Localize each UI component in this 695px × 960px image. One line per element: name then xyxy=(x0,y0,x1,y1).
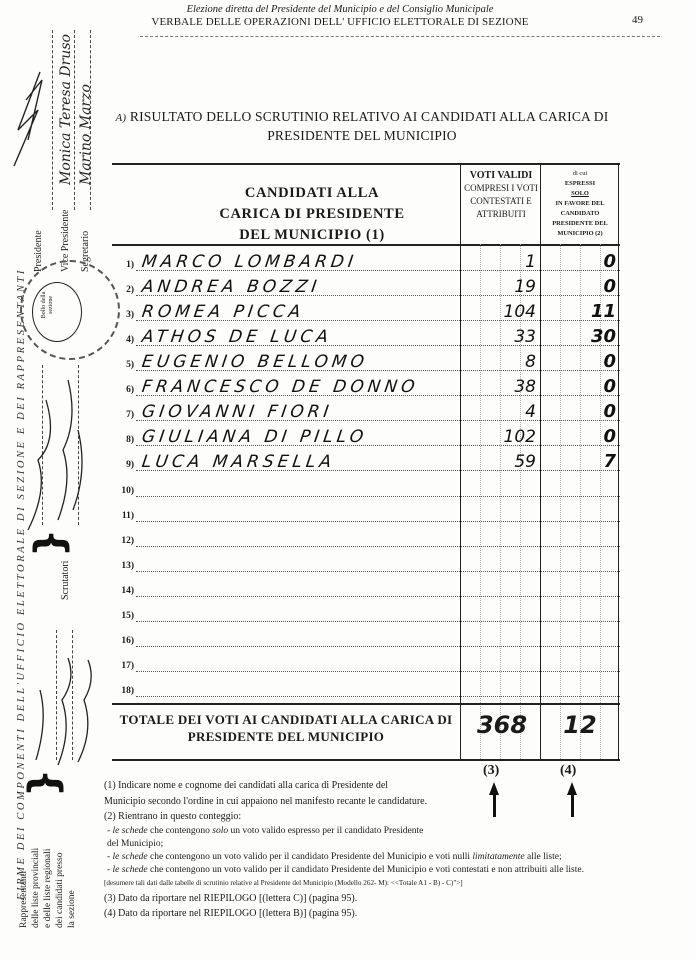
note-1-line1: (1) Indicare nome e cognome dei candidat… xyxy=(104,778,644,794)
row-number: 6) xyxy=(112,385,134,395)
header-voti-validi: VOTI VALIDI COMPRESI I VOTI CONTESTATI E… xyxy=(462,169,540,221)
header-title: VERBALE DELLE OPERAZIONI DELL' UFFICIO E… xyxy=(150,16,530,28)
row-number: 11) xyxy=(112,511,134,521)
table-row: 11) xyxy=(112,498,620,523)
voti-validi-field[interactable]: 4 xyxy=(462,402,536,422)
table-row: 7)GIOVANNI FIORI40 xyxy=(112,398,620,423)
header-espressi: di cui ESPRESSI SOLO IN FAVORE DEL CANDI… xyxy=(542,169,618,239)
espressi-field[interactable]: 0 xyxy=(542,276,616,297)
page-number: 49 xyxy=(632,14,643,26)
note-2-a: - le schede che contengono solo un voto … xyxy=(104,825,644,838)
signature-box-line xyxy=(74,30,75,210)
row-number: 5) xyxy=(112,360,134,370)
espressi-field[interactable]: 0 xyxy=(542,401,616,422)
dotted-line xyxy=(136,496,620,497)
row-number: 4) xyxy=(112,335,134,345)
table-row: 3)ROMEA PICCA10411 xyxy=(112,297,620,322)
voti-validi-field[interactable]: 59 xyxy=(462,452,536,472)
table-row: 13) xyxy=(112,548,620,573)
ref-voti: (3) xyxy=(483,763,499,779)
candidate-name-field[interactable]: GIULIANA DI PILLO xyxy=(141,427,369,447)
dotted-line xyxy=(136,671,620,672)
section-title: A) RISULTATO DELLO SCRUTINIO RELATIVO AI… xyxy=(112,108,612,144)
row-number: 15) xyxy=(112,611,134,621)
note-text: che contengono xyxy=(148,826,213,836)
row-number: 12) xyxy=(112,536,134,546)
row-number: 13) xyxy=(112,561,134,571)
note-2-c: - le schede che contengono un voto valid… xyxy=(104,864,644,877)
candidate-name-field[interactable]: LUCA MARSELLA xyxy=(141,452,337,472)
table-row: 17) xyxy=(112,649,620,674)
header-espressi-line: CANDIDATO xyxy=(542,209,618,219)
row-number: 14) xyxy=(112,586,134,596)
voti-validi-field[interactable]: 33 xyxy=(462,327,536,347)
rappresentanti-line: la sezione xyxy=(66,848,78,928)
espressi-field[interactable]: 11 xyxy=(542,301,616,322)
total-label-line2: PRESIDENTE DEL MUNICIPIO xyxy=(112,728,460,745)
row-number: 18) xyxy=(112,686,134,696)
label-rappresentanti: Rappresentanti delle liste provinciali e… xyxy=(18,848,78,928)
table-row: 1)MARCO LOMBARDI10 xyxy=(112,247,620,272)
note-text: solo xyxy=(212,826,228,836)
table-row: 6)FRANCESCO DE DONNO380 xyxy=(112,373,620,398)
note-2-a-line2: del Municipio; xyxy=(104,838,644,851)
note-1-line2: Municipio secondo l'ordine in cui appaio… xyxy=(104,794,644,810)
voti-validi-field[interactable]: 19 xyxy=(462,277,536,297)
note-text: le schede xyxy=(113,865,148,875)
section-tag: A) xyxy=(116,112,127,124)
signature-segretario: Marino Marzo xyxy=(78,84,94,185)
voti-validi-field[interactable]: 104 xyxy=(462,302,536,322)
results-table: CANDIDATI ALLA CARICA DI PRESIDENTE DEL … xyxy=(112,163,620,761)
dotted-line xyxy=(136,596,620,597)
total-label-line1: TOTALE DEI VOTI AI CANDIDATI ALLA CARICA… xyxy=(112,711,460,728)
header-candidates-line: DEL MUNICIPIO (1) xyxy=(172,225,452,246)
note-2-head: (2) Rientrano in questo conteggio: xyxy=(104,809,644,825)
header-espressi-line: ESPRESSI xyxy=(542,179,618,189)
header-divider xyxy=(140,36,660,37)
header-subtitle: Elezione diretta del Presidente del Muni… xyxy=(150,4,530,16)
signature-scrutatori xyxy=(18,360,88,540)
row-number: 10) xyxy=(112,486,134,496)
note-text: limitatamente xyxy=(472,852,524,862)
table-top-border xyxy=(112,163,620,165)
rappresentanti-line: dei candidati presso xyxy=(54,848,66,928)
note-text: le schede xyxy=(113,826,148,836)
dotted-line xyxy=(136,621,620,622)
header-espressi-line: PRESIDENTE DEL xyxy=(542,219,618,229)
candidate-name-field[interactable]: MARCO LOMBARDI xyxy=(141,252,359,272)
rappresentanti-line: Rappresentanti xyxy=(18,848,30,928)
header-espressi-line: di cui xyxy=(542,169,618,179)
table-row: 18) xyxy=(112,674,620,699)
signature-presidente xyxy=(8,70,48,170)
rappresentanti-line: e delle liste regionali xyxy=(42,848,54,928)
row-number: 16) xyxy=(112,636,134,646)
voti-validi-field[interactable]: 38 xyxy=(462,377,536,397)
header-voti-line: CONTESTATI E xyxy=(462,195,540,208)
total-espressi[interactable]: 12 xyxy=(548,711,612,739)
label-scrutatori: Scrutatori xyxy=(60,561,71,600)
candidate-name-field[interactable]: FRANCESCO DE DONNO xyxy=(141,377,420,397)
table-row: 14) xyxy=(112,573,620,598)
note-text: che contengono un voto valido per il can… xyxy=(148,865,584,875)
espressi-field[interactable]: 0 xyxy=(542,426,616,447)
note-text: un voto valido espresso per il candidato… xyxy=(228,826,423,836)
ref-espressi: (4) xyxy=(560,763,576,779)
candidate-name-field[interactable]: ROMEA PICCA xyxy=(141,302,306,322)
row-number: 17) xyxy=(112,661,134,671)
table-row: 8)GIULIANA DI PILLO1020 xyxy=(112,423,620,448)
candidate-name-field[interactable]: EUGENIO BELLOMO xyxy=(141,352,370,372)
header-espressi-line: SOLO xyxy=(542,189,618,199)
header-candidates-line: CARICA DI PRESIDENTE xyxy=(172,204,452,225)
candidate-name-field[interactable]: GIOVANNI FIORI xyxy=(141,402,334,422)
table-row: 9)LUCA MARSELLA597 xyxy=(112,448,620,473)
table-row: 10) xyxy=(112,473,620,498)
signature-box-line xyxy=(52,30,53,210)
espressi-field[interactable]: 0 xyxy=(542,251,616,272)
row-number: 9) xyxy=(112,460,134,470)
section-title-line2: PRESIDENTE DEL MUNICIPIO xyxy=(112,127,612,144)
dotted-line xyxy=(136,546,620,547)
note-text: le schede xyxy=(113,852,148,862)
table-row: 4)ATHOS DE LUCA3330 xyxy=(112,322,620,347)
section-title-line1: RISULTATO DELLO SCRUTINIO RELATIVO AI CA… xyxy=(130,109,609,124)
total-voti-validi[interactable]: 368 xyxy=(472,711,532,739)
signature-rappresentanti xyxy=(28,650,98,770)
header-espressi-line: IN FAVORE DEL xyxy=(542,199,618,209)
row-number: 1) xyxy=(112,260,134,270)
voti-validi-field[interactable]: 8 xyxy=(462,352,536,372)
table-row: 12) xyxy=(112,523,620,548)
page-header: Elezione diretta del Presidente del Muni… xyxy=(150,4,530,28)
dotted-line xyxy=(136,646,620,647)
footnotes: (1) Indicare nome e cognome dei candidat… xyxy=(104,778,644,922)
note-4: (4) Dato da riportare nel RIEPILOGO [(le… xyxy=(104,906,644,922)
total-top-border xyxy=(112,703,620,705)
table-row: 16) xyxy=(112,624,620,649)
header-voti-line: ATTRIBUITI xyxy=(462,208,540,221)
dotted-line xyxy=(136,521,620,522)
brace-scrutatori: } xyxy=(27,529,73,557)
stamp-bollo: Bollo della sezione xyxy=(32,282,82,342)
row-number: 7) xyxy=(112,410,134,420)
espressi-field[interactable]: 7 xyxy=(542,451,616,472)
note-text: che contengono un voto valido per il can… xyxy=(148,852,473,862)
dotted-line xyxy=(136,696,620,697)
brace-rappresentanti: } xyxy=(21,769,67,797)
candidate-name-field[interactable]: ANDREA BOZZI xyxy=(141,277,322,297)
total-bottom-border xyxy=(112,759,620,761)
note-2-b: - le schede che contengono un voto valid… xyxy=(104,851,644,864)
candidate-name-field[interactable]: ATHOS DE LUCA xyxy=(141,327,334,347)
signature-vice-presidente: Monica Teresa Druso xyxy=(58,34,74,185)
voti-validi-field[interactable]: 102 xyxy=(462,427,536,447)
label-presidente: Presidente xyxy=(33,230,44,272)
espressi-field[interactable]: 0 xyxy=(542,376,616,397)
header-espressi-line: MUNICIPIO (2) xyxy=(542,229,618,239)
row-number: 8) xyxy=(112,435,134,445)
header-voti-line: VOTI VALIDI xyxy=(462,169,540,182)
header-candidates-line: CANDIDATI ALLA xyxy=(172,183,452,204)
dotted-line xyxy=(136,571,620,572)
espressi-field[interactable]: 0 xyxy=(542,351,616,372)
stamp-text: Bollo della sezione xyxy=(41,285,55,325)
table-row: 15) xyxy=(112,598,620,623)
note-2-source: [desumere tali dati dalle tabelle di scr… xyxy=(104,877,644,889)
voti-validi-field[interactable]: 1 xyxy=(462,252,536,272)
total-label: TOTALE DEI VOTI AI CANDIDATI ALLA CARICA… xyxy=(112,711,460,745)
table-row: 2)ANDREA BOZZI190 xyxy=(112,272,620,297)
espressi-field[interactable]: 30 xyxy=(542,326,616,347)
header-candidates: CANDIDATI ALLA CARICA DI PRESIDENTE DEL … xyxy=(172,183,452,246)
rappresentanti-line: delle liste provinciali xyxy=(30,848,42,928)
note-text: alle liste; xyxy=(525,852,562,862)
header-voti-line: COMPRESI I VOTI xyxy=(462,182,540,195)
table-row: 5)EUGENIO BELLOMO80 xyxy=(112,347,620,372)
note-3: (3) Dato da riportare nel RIEPILOGO [(le… xyxy=(104,891,644,907)
